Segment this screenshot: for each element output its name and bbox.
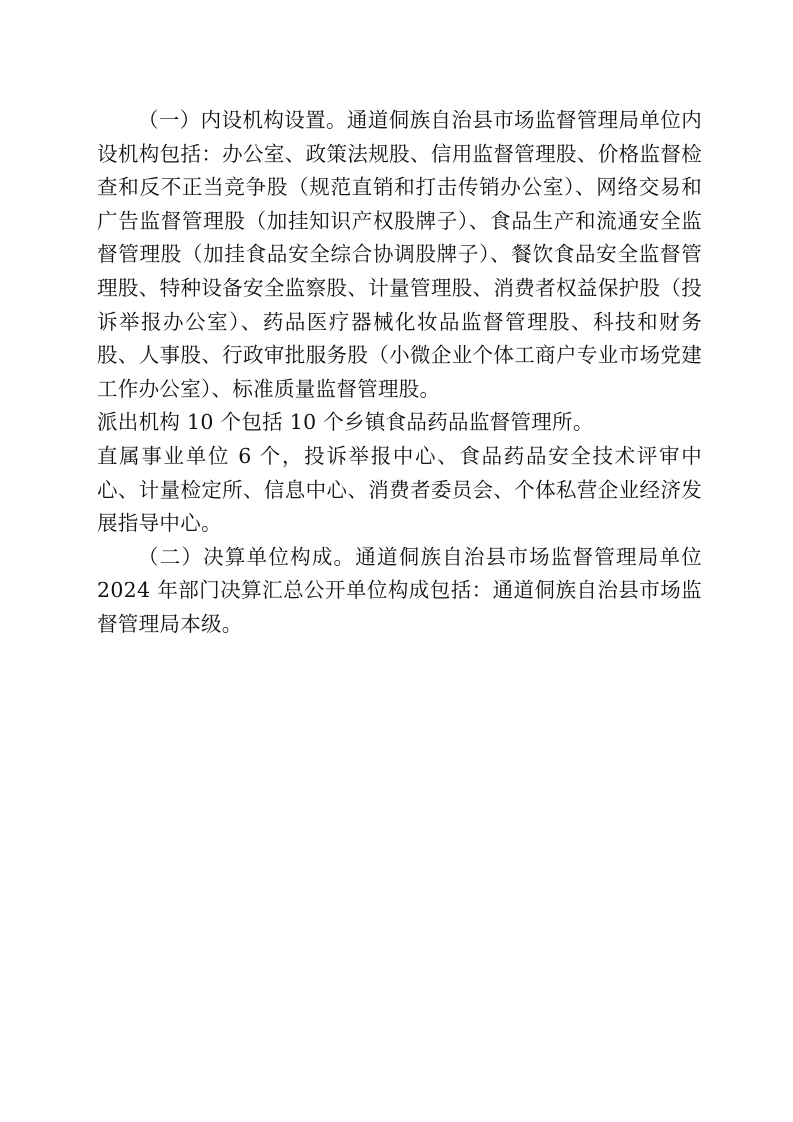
paragraph-dispatched-agencies: 派出机构 10 个包括 10 个乡镇食品药品监督管理所。: [97, 406, 702, 440]
document-page: （一）内设机构设置。通道侗族自治县市场监督管理局单位内设机构包括：办公室、政策法…: [97, 104, 702, 642]
paragraph-budget-units: （二）决算单位构成。通道侗族自治县市场监督管理局单位 2024 年部门决算汇总公…: [97, 541, 702, 642]
paragraph-affiliated-units: 直属事业单位 6 个，投诉举报中心、食品药品安全技术评审中心、计量检定所、信息中…: [97, 440, 702, 541]
paragraph-internal-structure: （一）内设机构设置。通道侗族自治县市场监督管理局单位内设机构包括：办公室、政策法…: [97, 104, 702, 406]
